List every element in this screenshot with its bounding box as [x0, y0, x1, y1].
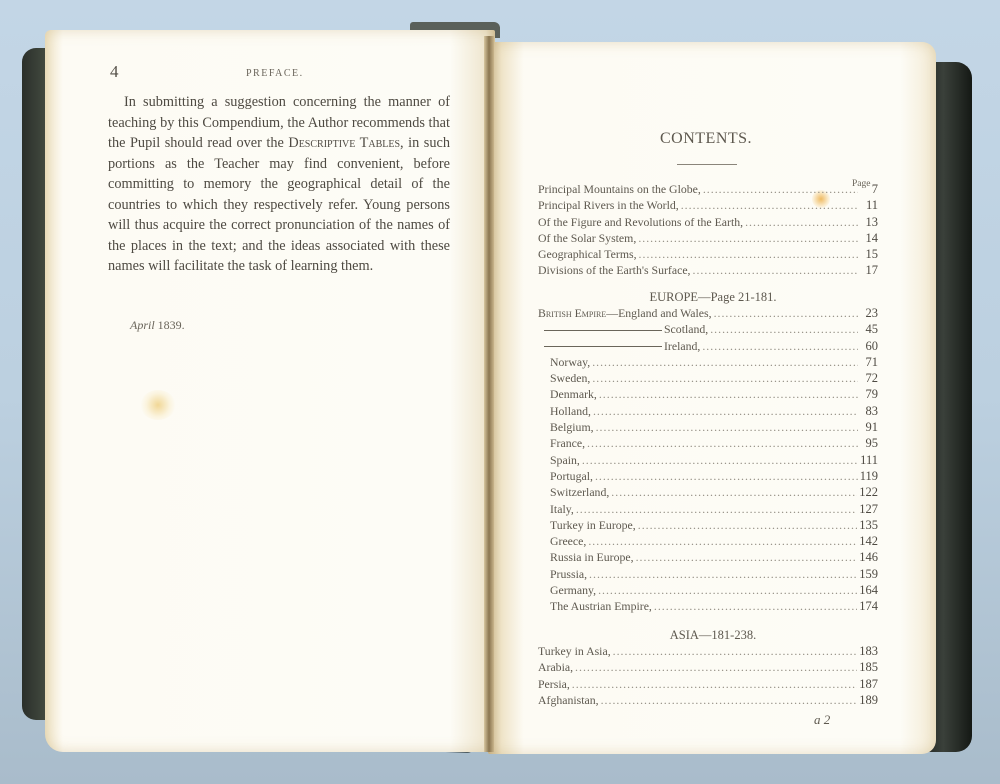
toc-entry: France,95 — [538, 436, 878, 452]
preface-date: April 1839. — [130, 318, 185, 333]
toc-entry: Greece,142 — [538, 534, 878, 550]
toc-entry: Portugal,119 — [538, 469, 878, 485]
toc-entry: Of the Figure and Revolutions of the Ear… — [538, 215, 878, 231]
toc-entry: Scotland,45 — [538, 322, 878, 338]
toc-europe-section: EUROPE—Page 21-181. British Empire—Engla… — [538, 288, 878, 616]
contents-title: CONTENTS. — [660, 130, 752, 148]
toc-entry: British Empire—England and Wales,23 — [538, 306, 878, 322]
toc-entry: Denmark,79 — [538, 387, 878, 403]
toc-entry: Norway,71 — [538, 355, 878, 371]
toc-asia-section: ASIA—181-238. Turkey in Asia,183 Arabia,… — [538, 626, 878, 709]
book-gutter — [484, 36, 494, 752]
british-empire-label: British Empire — [538, 306, 606, 320]
preface-small-caps: Descriptive Tables — [288, 135, 400, 151]
title-rule — [677, 164, 737, 165]
toc-entry: Ireland,60 — [538, 339, 878, 355]
toc-entry: Spain,111 — [538, 453, 878, 469]
toc-entry: Italy,127 — [538, 502, 878, 518]
toc-entry: Prussia,159 — [538, 567, 878, 583]
preface-text: In submitting a suggestion concerning th… — [108, 92, 450, 277]
date-month: April — [130, 318, 155, 332]
running-head: PREFACE. — [246, 68, 304, 79]
toc-entry: Germany,164 — [538, 583, 878, 599]
toc-entry: Divisions of the Earth's Surface,17 — [538, 263, 878, 279]
toc-entry: Belgium,91 — [538, 420, 878, 436]
toc-entry: The Austrian Empire,174 — [538, 599, 878, 615]
section-heading-asia: ASIA—181-238. — [538, 626, 878, 644]
toc-entry: Geographical Terms,15 — [538, 247, 878, 263]
toc-intro-section: Principal Mountains on the Globe,7 Princ… — [538, 182, 878, 280]
toc-entry: Principal Rivers in the World,11 — [538, 198, 878, 214]
section-heading-europe: EUROPE—Page 21-181. — [538, 288, 878, 306]
toc-entry: Russia in Europe,146 — [538, 550, 878, 566]
toc-entry: Holland,83 — [538, 404, 878, 420]
page-number: 4 — [110, 62, 119, 82]
preface-text-part: , in such portions as the Teacher may fi… — [108, 135, 450, 274]
toc-entry: Arabia,185 — [538, 660, 878, 676]
toc-entry: Sweden,72 — [538, 371, 878, 387]
toc-entry: Principal Mountains on the Globe,7 — [538, 182, 878, 198]
toc-entry: Switzerland,122 — [538, 485, 878, 501]
toc-entry: Of the Solar System,14 — [538, 231, 878, 247]
printer-signature-mark: a 2 — [814, 712, 830, 728]
date-year: 1839. — [158, 318, 185, 332]
foxing-stain — [140, 390, 176, 420]
toc-entry: Afghanistan,189 — [538, 693, 878, 709]
toc-entry: Persia,187 — [538, 677, 878, 693]
toc-entry: Turkey in Asia,183 — [538, 644, 878, 660]
toc-entry: Turkey in Europe,135 — [538, 518, 878, 534]
